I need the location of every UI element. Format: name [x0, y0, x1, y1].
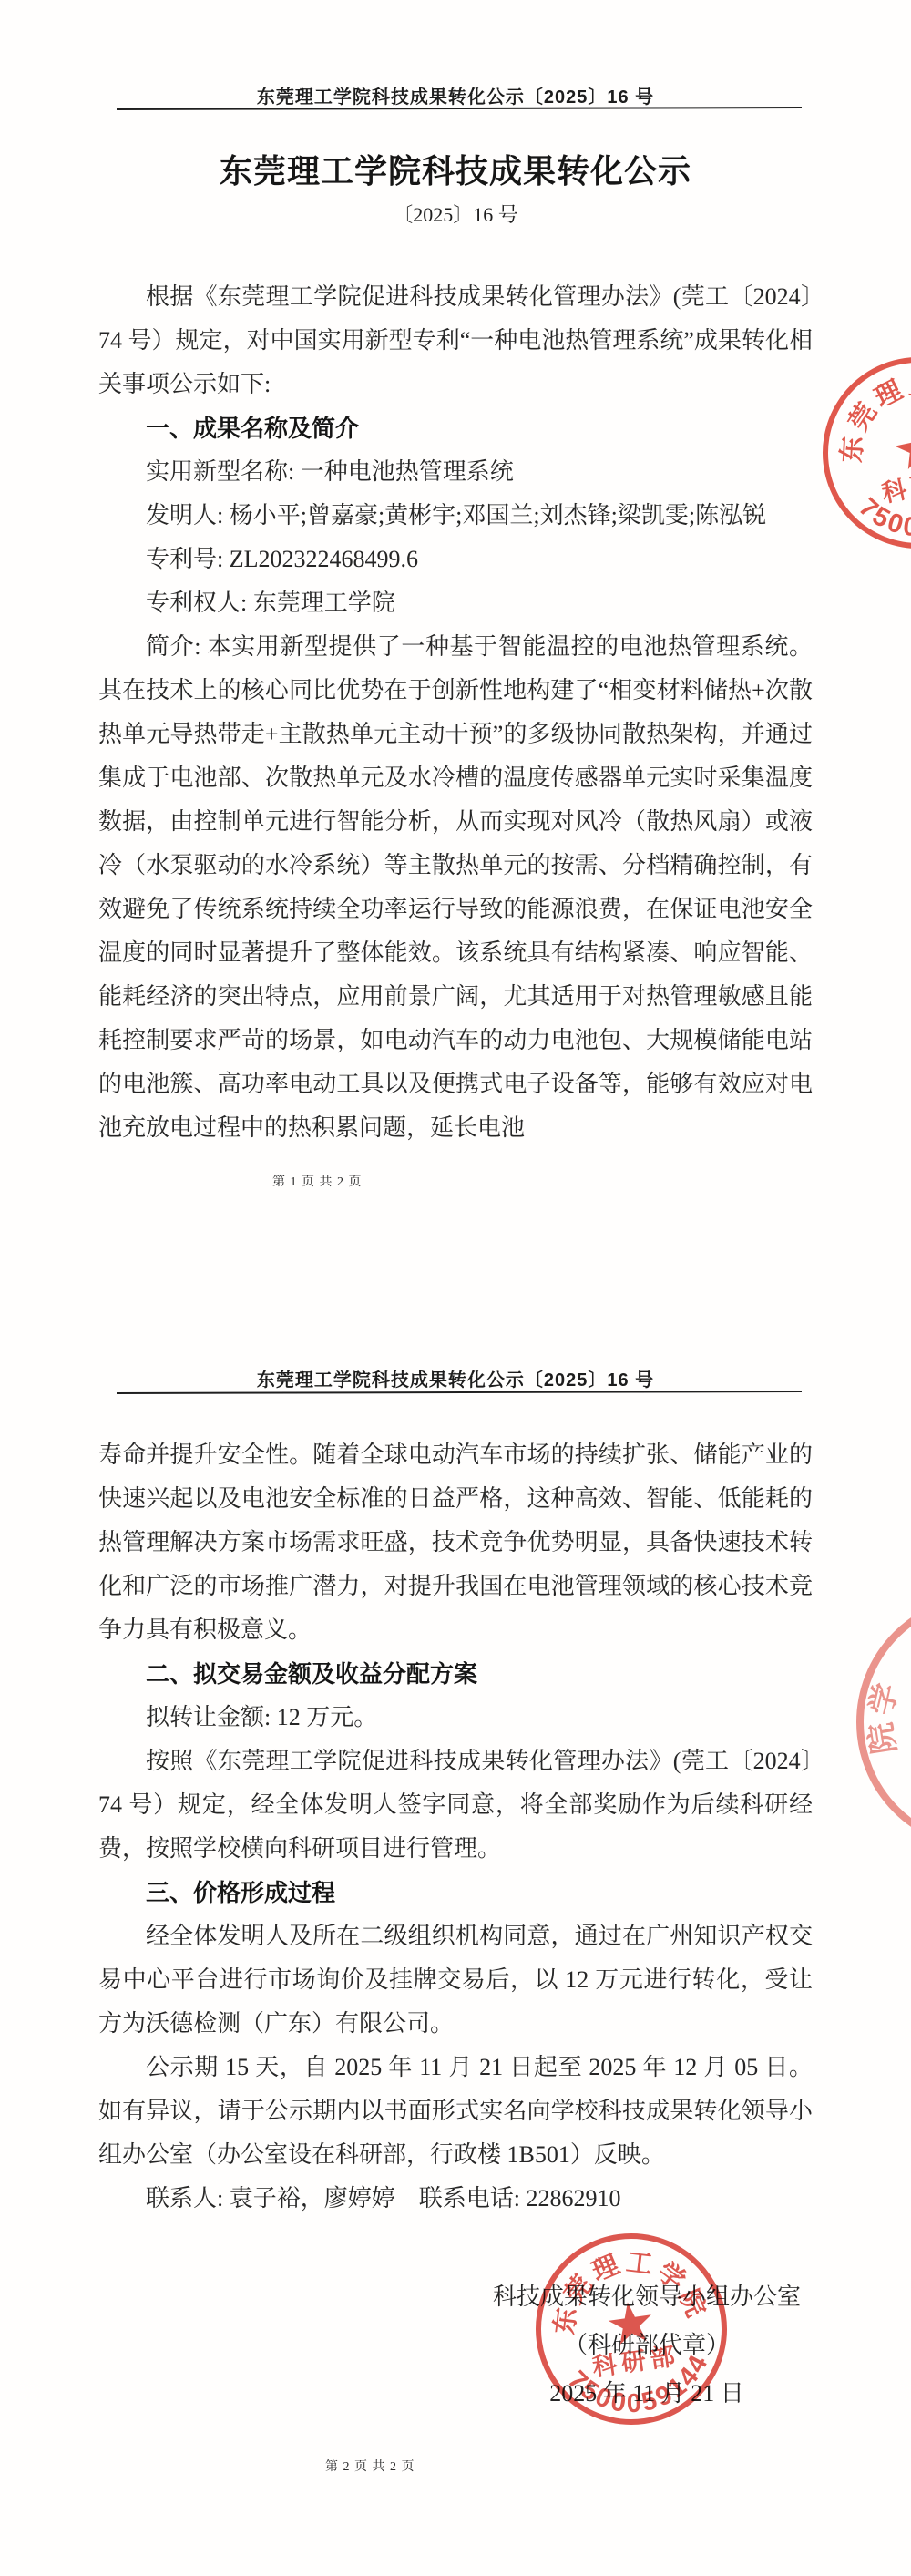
section-heading-2: 二、拟交易金额及收益分配方案 [98, 1652, 813, 1696]
paragraph-pricing: 经全体发明人及所在二级组织机构同意，通过在广州知识产权交易中心平台进行市场询价及… [98, 1914, 813, 2046]
official-seal-partial-page1: 东莞理工学院 ★ 科研部 4419500057 [804, 339, 911, 566]
page1-body: 根据《东莞理工学院促进科技成果转化管理办法》(莞工〔2024〕74 号）规定，对… [98, 275, 813, 1150]
paragraph-reward-plan: 按照《东莞理工学院促进科技成果转化管理办法》(莞工〔2024〕74 号）规定，经… [98, 1740, 813, 1871]
page2-body: 寿命并提升安全性。随着全球电动汽车市场的持续扩张、储能产业的快速兴起以及电池安全… [98, 1433, 813, 2221]
official-seal-partial-page2: 学院 [856, 1595, 911, 1850]
section-heading-3: 三、价格形成过程 [98, 1871, 813, 1914]
field-inventors: 发明人: 杨小平;曾嘉豪;黄彬宇;邓国兰;刘杰锋;梁凯雯;陈泓锐 [98, 494, 813, 538]
document-title: 东莞理工学院科技成果转化公示 [0, 146, 911, 192]
paragraph-intro: 根据《东莞理工学院促进科技成果转化管理办法》(莞工〔2024〕74 号）规定，对… [98, 275, 813, 406]
page-1: 东莞理工学院科技成果转化公示〔2025〕16 号 东莞理工学院科技成果转化公示 … [0, 0, 911, 1288]
page1-running-head: 东莞理工学院科技成果转化公示〔2025〕16 号 [0, 82, 911, 108]
field-utility-model-name: 实用新型名称: 一种电池热管理系统 [98, 450, 813, 494]
page-2: 东莞理工学院科技成果转化公示〔2025〕16 号 寿命并提升安全性。随着全球电动… [0, 1288, 911, 2576]
document-number: 〔2025〕16 号 [0, 200, 911, 228]
paragraph-brief: 简介: 本实用新型提供了一种基于智能温控的电池热管理系统。其在技术上的核心同比优… [98, 625, 813, 1150]
section-heading-1: 一、成果名称及简介 [98, 406, 813, 450]
paragraph-publicity-period: 公示期 15 天，自 2025 年 11 月 21 日起至 2025 年 12 … [98, 2046, 813, 2177]
page1-page-number: 第 1 页 共 2 页 [272, 1172, 363, 1190]
page2-page-number: 第 2 页 共 2 页 [325, 2457, 415, 2475]
scanned-announcement-document: 东莞理工学院科技成果转化公示〔2025〕16 号 东莞理工学院科技成果转化公示 … [0, 0, 911, 2576]
page2-running-head: 东莞理工学院科技成果转化公示〔2025〕16 号 [0, 1365, 911, 1391]
field-transfer-amount: 拟转让金额: 12 万元。 [98, 1696, 813, 1740]
field-patent-number: 专利号: ZL202322468499.6 [98, 538, 813, 581]
field-patentee: 专利权人: 东莞理工学院 [98, 581, 813, 625]
field-contacts: 联系人: 袁子裕，廖婷婷 联系电话: 22862910 [98, 2177, 813, 2221]
paragraph-continuation: 寿命并提升安全性。随着全球电动汽车市场的持续扩张、储能产业的快速兴起以及电池安全… [98, 1433, 813, 1652]
official-seal: 东莞理工学院 ★ 科研部 4419500057 [523, 2221, 739, 2437]
